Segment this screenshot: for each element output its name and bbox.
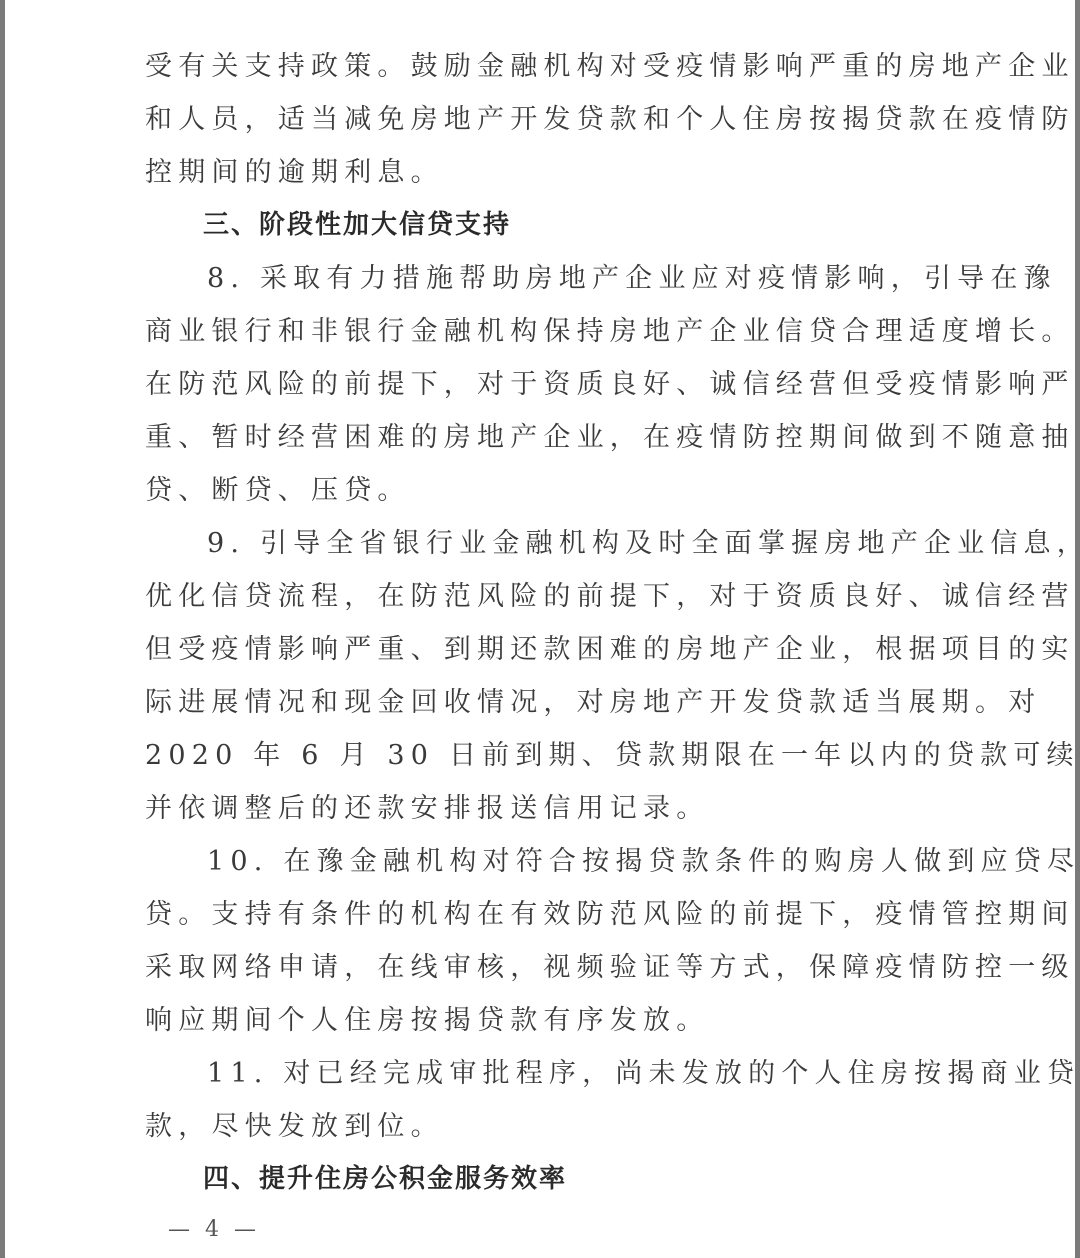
- text-line: 2020 年 6 月 30 日前到期、贷款期限在一年以内的贷款可续贷，: [145, 729, 940, 782]
- text-line: 但受疫情影响严重、到期还款困难的房地产企业，根据项目的实: [145, 623, 940, 676]
- text-line: 款，尽快发放到位。: [145, 1100, 940, 1153]
- text-line: 并依调整后的还款安排报送信用记录。: [145, 782, 940, 835]
- text-line: 优化信贷流程，在防范风险的前提下，对于资质良好、诚信经营: [145, 570, 940, 623]
- text-line: 在防范风险的前提下，对于资质良好、诚信经营但受疫情影响严: [145, 358, 940, 411]
- text-line: 响应期间个人住房按揭贷款有序发放。: [145, 994, 940, 1047]
- paragraph-continuation: 受有关支持政策。鼓励金融机构对受疫情影响严重的房地产企业 和人员，适当减免房地产…: [145, 40, 940, 199]
- text-line: 际进展情况和现金回收情况，对房地产开发贷款适当展期。对: [145, 676, 940, 729]
- text-line: 重、暂时经营困难的房地产企业，在疫情防控期间做到不随意抽: [145, 411, 940, 464]
- text-line: 11. 对已经完成审批程序，尚未发放的个人住房按揭商业贷: [145, 1047, 940, 1100]
- text-line: 贷、断贷、压贷。: [145, 464, 940, 517]
- document-page: 受有关支持政策。鼓励金融机构对受疫情影响严重的房地产企业 和人员，适当减免房地产…: [145, 40, 940, 1206]
- section-heading-3: 三、阶段性加大信贷支持: [145, 199, 940, 252]
- page-number: — 4 —: [168, 1213, 260, 1247]
- text-line: 商业银行和非银行金融机构保持房地产企业信贷合理适度增长。: [145, 305, 940, 358]
- text-line: 8. 采取有力措施帮助房地产企业应对疫情影响，引导在豫: [145, 252, 940, 305]
- text-line: 贷。支持有条件的机构在有效防范风险的前提下，疫情管控期间: [145, 888, 940, 941]
- text-line: 受有关支持政策。鼓励金融机构对受疫情影响严重的房地产企业: [145, 40, 940, 93]
- paragraph-item-10: 10. 在豫金融机构对符合按揭贷款条件的购房人做到应贷尽 贷。支持有条件的机构在…: [145, 835, 940, 1047]
- text-line: 采取网络申请，在线审核，视频验证等方式，保障疫情防控一级: [145, 941, 940, 994]
- scan-border-left: [0, 0, 5, 1258]
- paragraph-item-9: 9. 引导全省银行业金融机构及时全面掌握房地产企业信息， 优化信贷流程，在防范风…: [145, 517, 940, 835]
- paragraph-item-8: 8. 采取有力措施帮助房地产企业应对疫情影响，引导在豫 商业银行和非银行金融机构…: [145, 252, 940, 517]
- paragraph-item-11: 11. 对已经完成审批程序，尚未发放的个人住房按揭商业贷 款，尽快发放到位。: [145, 1047, 940, 1153]
- section-heading-4: 四、提升住房公积金服务效率: [145, 1153, 940, 1206]
- text-line: 控期间的逾期利息。: [145, 146, 940, 199]
- text-line: 和人员，适当减免房地产开发贷款和个人住房按揭贷款在疫情防: [145, 93, 940, 146]
- text-line: 9. 引导全省银行业金融机构及时全面掌握房地产企业信息，: [145, 517, 940, 570]
- text-line: 10. 在豫金融机构对符合按揭贷款条件的购房人做到应贷尽: [145, 835, 940, 888]
